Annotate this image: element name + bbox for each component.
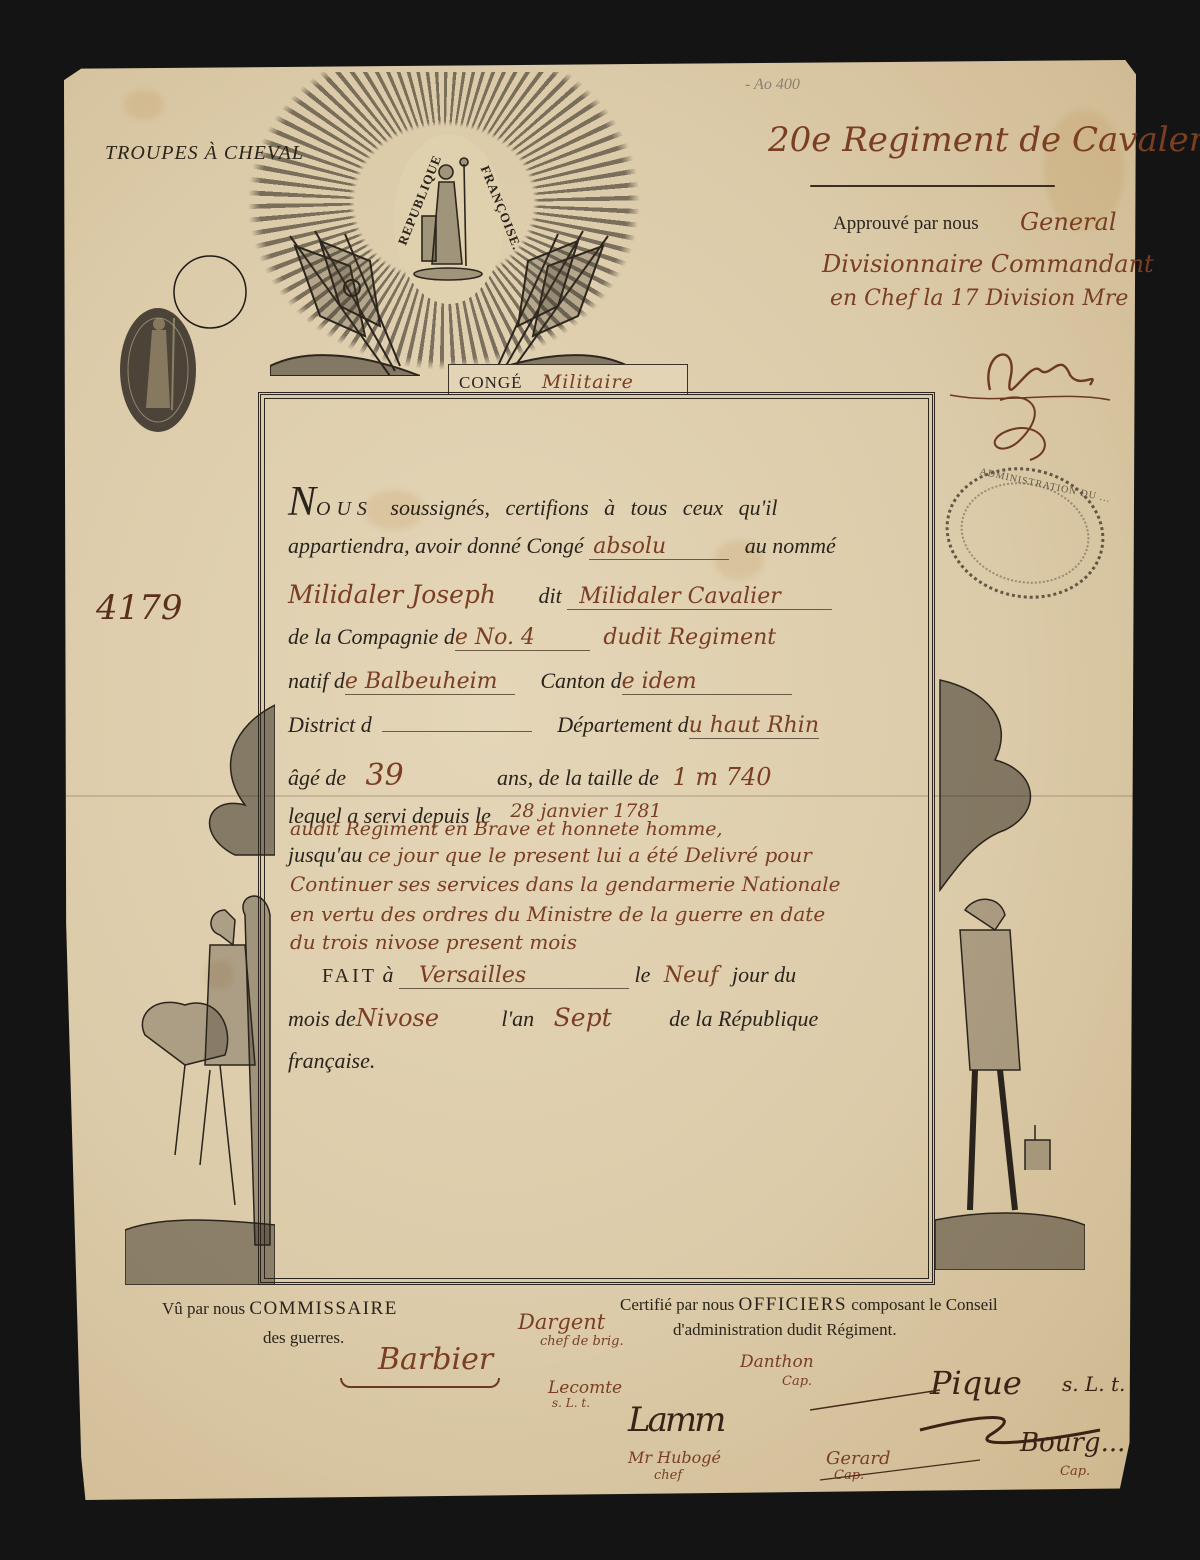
body-line-2: appartiendra, avoir donné Congé absolu a… xyxy=(288,533,836,560)
officers-line-1: Certifié par nous OFFICIERS composant le… xyxy=(620,1294,998,1316)
registry-number: 4179 xyxy=(96,588,183,628)
officer-signature-1: Dargent xyxy=(518,1310,605,1334)
approval-title-line1: Divisionnaire Commandant xyxy=(822,250,1154,278)
officer-title-1: chef de brig. xyxy=(540,1334,624,1349)
soldier-alias-field: Milidaler Cavalier xyxy=(567,584,832,610)
regiment-name: 20e Regiment de Cavalerie xyxy=(768,120,1200,160)
officers-line-2: d'administration dudit Régiment. xyxy=(673,1320,897,1340)
officer-signature-5: Mr Hubogé xyxy=(628,1448,721,1467)
birthplace-field: e Balbeuheim xyxy=(345,669,515,695)
body-line-4: de la Compagnie de No. 4 dudit Regiment xyxy=(288,624,776,651)
signature-flourishes-icon xyxy=(800,1380,1120,1490)
body-line-11: Continuer ses services dans la gendarmer… xyxy=(290,872,841,896)
approval-label: Approuvé par nous xyxy=(833,213,979,235)
officer-signature-3: Lamm xyxy=(628,1400,723,1440)
body-line-1: NOUS soussignés, certifions à tous ceux … xyxy=(288,478,778,526)
commissaire-line-2: des guerres. xyxy=(263,1328,344,1348)
body-line-10: jusqu'au ce jour que le present lui a ét… xyxy=(288,842,812,868)
cavalryman-illustration-icon xyxy=(125,685,275,1285)
commissaire-flourish xyxy=(340,1378,500,1388)
body-line-14: FAIT à Versailles le Neuf jour du xyxy=(322,962,796,989)
body-line-12: en vertu des ordres du Ministre de la gu… xyxy=(290,902,825,926)
soldier-name-field: Milidaler Joseph xyxy=(288,580,533,609)
age-field: 39 xyxy=(352,758,492,794)
general-signature-icon xyxy=(940,330,1120,470)
day-field: Neuf xyxy=(664,963,719,988)
regiment-underline xyxy=(810,185,1055,187)
officer-title-2: s. L. t. xyxy=(552,1396,590,1410)
foxing-stain xyxy=(124,90,164,120)
department-field: u haut Rhin xyxy=(689,713,819,739)
discharge-reason: ce jour que le present lui a été Delivré… xyxy=(368,843,812,867)
approval-title-line2: en Chef la 17 Division Mre xyxy=(830,286,1128,311)
body-line-3: Milidaler Joseph dit Milidaler Cavalier xyxy=(288,580,832,610)
body-line-16: française. xyxy=(288,1048,375,1074)
conge-label: CONGÉ xyxy=(459,373,523,392)
commissaire-signature: Barbier xyxy=(378,1342,493,1377)
officer-signature-4: Danthon xyxy=(740,1352,814,1372)
height-field: 1 m 740 xyxy=(672,763,771,791)
republic-emblem-engraving: REPUBLIQUE FRANÇOISE. xyxy=(234,72,654,382)
conge-label-box: CONGÉ Militaire xyxy=(448,364,688,394)
body-line-7: âgé de 39 ans, de la taille de 1 m 740 xyxy=(288,758,772,794)
regiment-field: dudit Regiment xyxy=(603,625,776,650)
year-field: Sept xyxy=(554,1003,664,1032)
company-field: e No. 4 xyxy=(455,625,590,651)
drop-cap: N xyxy=(288,479,316,525)
approval-rank: General xyxy=(1020,208,1117,236)
body-line-5: natif de Balbeuheim Canton de idem xyxy=(288,668,792,695)
wax-seal-icon xyxy=(108,250,248,450)
officer-title-5: chef xyxy=(654,1468,682,1483)
conge-type-field: absolu xyxy=(589,534,729,560)
body-line-9: audit Regiment en Brave et honnete homme… xyxy=(290,818,723,840)
district-field xyxy=(382,731,532,732)
infantryman-illustration-icon xyxy=(935,670,1085,1270)
conge-type: Militaire xyxy=(542,371,634,393)
body-line-6: District d Département du haut Rhin xyxy=(288,712,819,739)
body-line-13: du trois nivose present mois xyxy=(290,930,577,954)
body-line-15: mois deNivose l'an Sept de la République xyxy=(288,1003,818,1032)
commissaire-line-1: Vû par nous COMMISSAIRE xyxy=(162,1298,398,1320)
pencil-note: - Ao 400 xyxy=(745,76,800,94)
officer-signature-2: Lecomte xyxy=(548,1378,622,1398)
canton-field: e idem xyxy=(622,669,792,695)
month-field: Nivose xyxy=(356,1004,496,1032)
place-field: Versailles xyxy=(399,963,629,989)
